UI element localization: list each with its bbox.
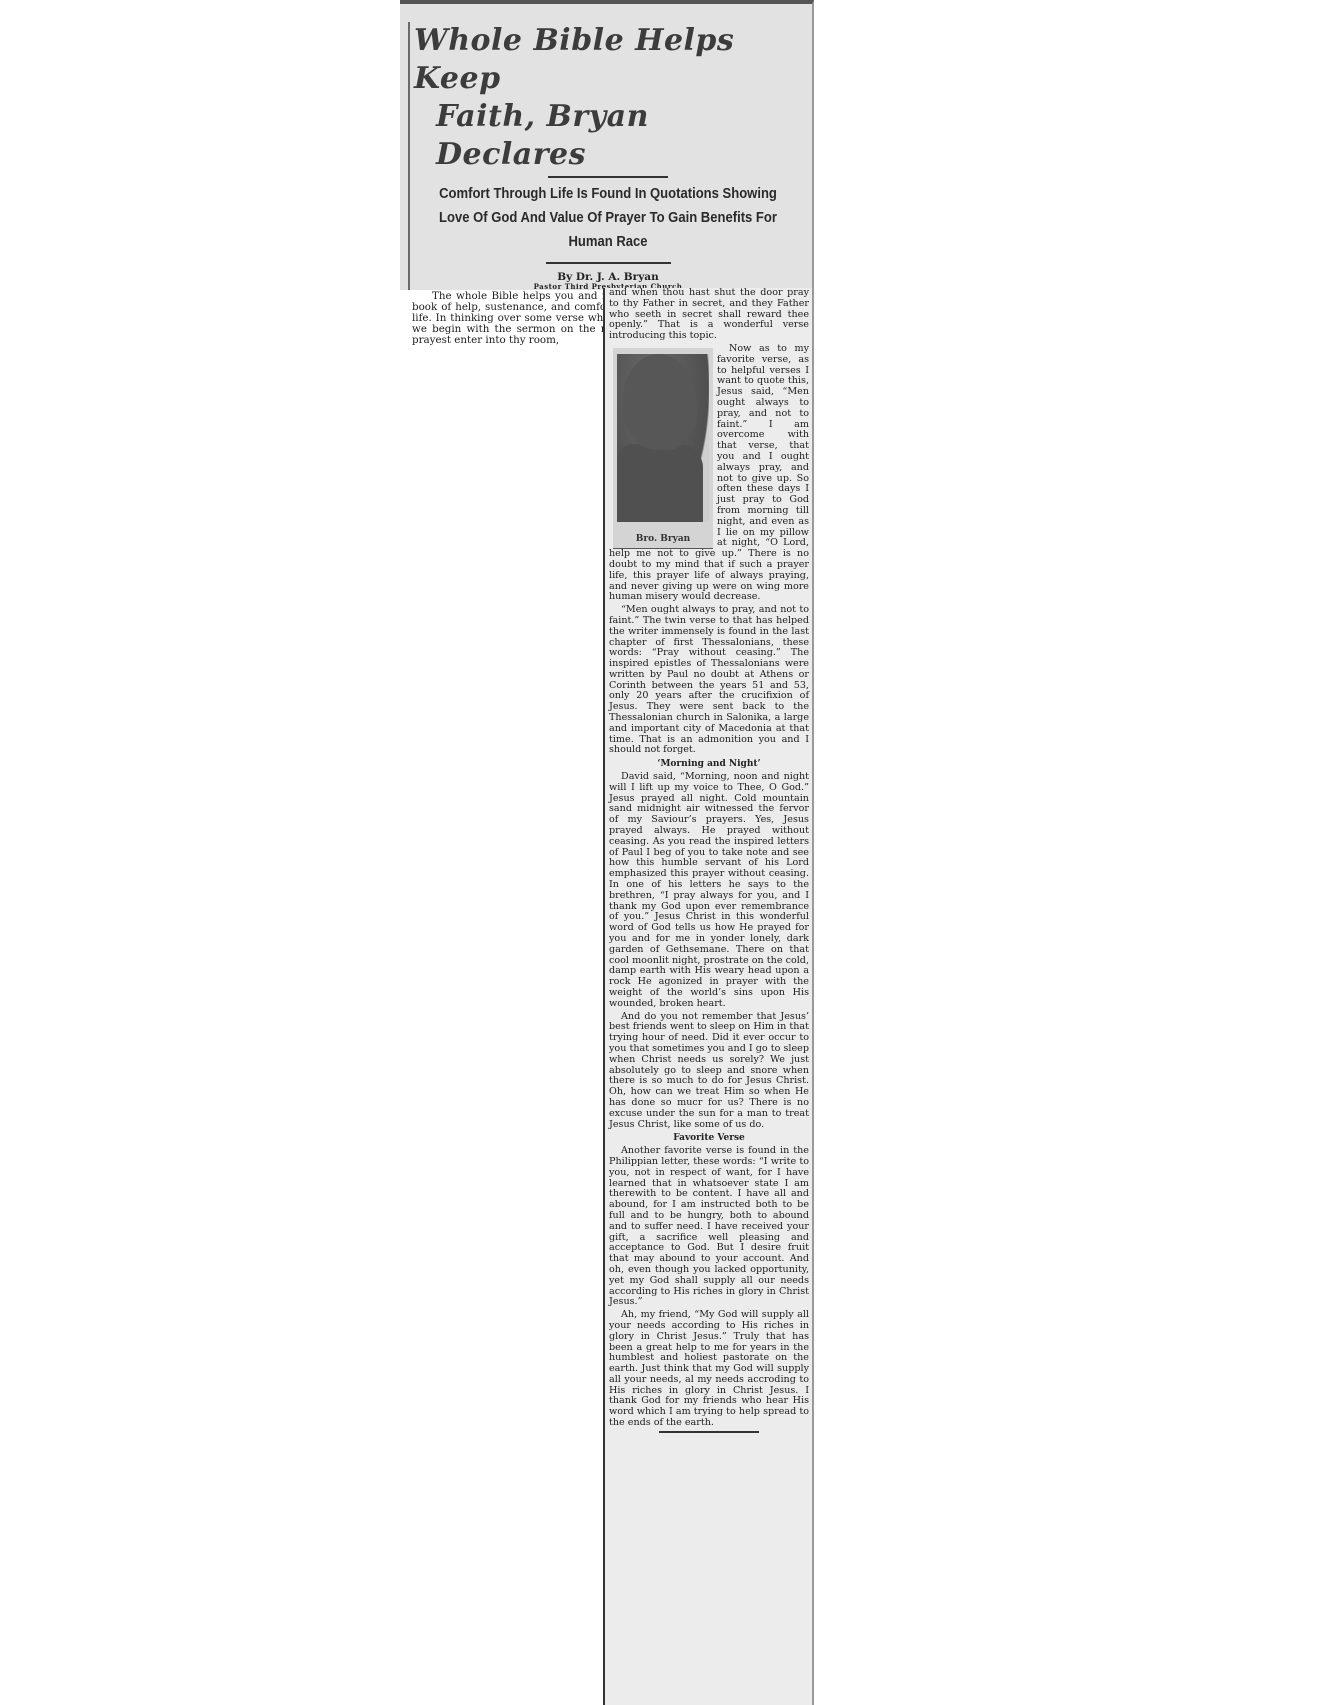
portrait-head: [623, 354, 697, 450]
section-3-paragraph-0: Another favorite verse is found in the P…: [609, 1146, 809, 1308]
section-3-paragraph-1: Ah, my friend, “My God will supply all y…: [609, 1310, 809, 1429]
deck-rule: [546, 262, 671, 264]
author-photo: Bro. Bryan: [613, 348, 713, 549]
headline-line-2: Faith, Bryan Declares: [414, 98, 806, 174]
header-inner: Whole Bible Helps Keep Faith, Bryan Decl…: [408, 22, 806, 290]
column-paragraph-2: “Men ought always to pray, and not to fa…: [609, 605, 809, 756]
portrait-image: [617, 354, 709, 522]
end-rule: [659, 1431, 759, 1433]
deck-subheadline: Comfort Through Life Is Found In Quotati…: [430, 182, 786, 254]
subhead-favorite-verse: Favorite Verse: [609, 1133, 809, 1144]
subhead-morning-and-night: ‘Morning and Night’: [609, 759, 809, 770]
column-paragraph-0: and when thou hast shut the door pray to…: [609, 288, 809, 342]
column-text: and when thou hast shut the door pray to…: [605, 288, 812, 1433]
headline-rule: [548, 176, 668, 178]
headline-line-1: Whole Bible Helps Keep: [414, 23, 734, 96]
article-header-block: Whole Bible Helps Keep Faith, Bryan Decl…: [400, 0, 814, 290]
portrait-shoulders: [617, 444, 703, 522]
section-2-paragraph-1: And do you not remember that Jesus’ best…: [609, 1012, 809, 1131]
article-column: and when thou hast shut the door pray to…: [603, 288, 814, 1705]
photo-caption: Bro. Bryan: [613, 534, 713, 545]
headline: Whole Bible Helps Keep Faith, Bryan Decl…: [410, 22, 806, 174]
section-2-paragraph-0: David said, “Morning, noon and night wil…: [609, 772, 809, 1010]
